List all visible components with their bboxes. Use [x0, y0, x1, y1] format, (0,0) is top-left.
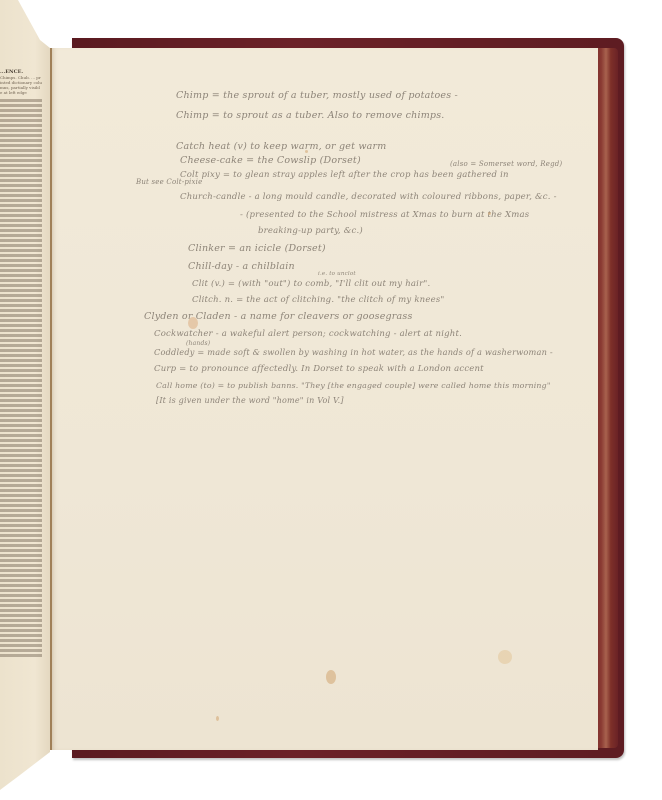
gutter: [50, 48, 52, 750]
printed-columns: [0, 99, 42, 659]
note-clyden: Clyden or Claden - a name for cleavers o…: [144, 311, 413, 322]
note-colt-pixy: Colt pixy = to glean stray apples left a…: [180, 170, 509, 180]
note-church-candle-1: Church-candle - a long mould candle, dec…: [180, 192, 557, 202]
note-cockwatcher: Cockwatcher - a wakeful alert person; co…: [154, 329, 462, 339]
note-chimp-n: Chimp = the sprout of a tuber, mostly us…: [176, 90, 458, 101]
foxing-stain: [498, 650, 512, 664]
note-somerset: (also = Somerset word, Regd): [450, 160, 562, 168]
note-catch-heat: Catch heat (v) to keep warm, or get warm: [176, 141, 386, 152]
note-clit-insertion: i.e. to unclot: [318, 271, 356, 277]
left-page: ...ENCE. Chimps. Chub. ... printed dicti…: [0, 0, 50, 800]
note-clinker: Clinker = an icicle (Dorset): [188, 243, 326, 254]
foxing-stain: [488, 212, 491, 215]
note-clit-v: Clit (v.) = (with "out") to comb, "I'll …: [192, 279, 430, 289]
note-chimp-v: Chimp = to sprout as a tuber. Also to re…: [176, 110, 445, 121]
foxing-stain: [216, 716, 219, 721]
note-chill-day: Chill-day - a chilblain: [188, 261, 295, 272]
foxing-stain: [188, 317, 198, 329]
note-curp: Curp = to pronounce affectedly. In Dorse…: [154, 364, 484, 374]
note-call-home-reference: [It is given under the word "home" in Vo…: [156, 396, 344, 405]
left-page-printed-text: ...ENCE. Chimps. Chub. ... printed dicti…: [0, 70, 42, 680]
note-church-candle-2: - (presented to the School mistress at X…: [240, 210, 529, 220]
note-church-candle-3: breaking-up party, &c.): [258, 226, 363, 236]
note-clitch-n: Clitch. n. = the act of clitching. "the …: [192, 295, 445, 305]
foxing-stain: [326, 670, 336, 684]
foxing-stain: [305, 150, 308, 153]
left-page-body: Chimps. Chub. ... printed dictionary col…: [0, 75, 42, 95]
note-coddled: Coddledy = made soft & swollen by washin…: [154, 347, 553, 357]
note-coddled-insertion: (hands): [186, 340, 210, 347]
note-cheese-cake: Cheese-cake = the Cowslip (Dorset): [180, 155, 361, 166]
note-call-home: Call home (to) = to publish banns. "They…: [156, 381, 551, 390]
